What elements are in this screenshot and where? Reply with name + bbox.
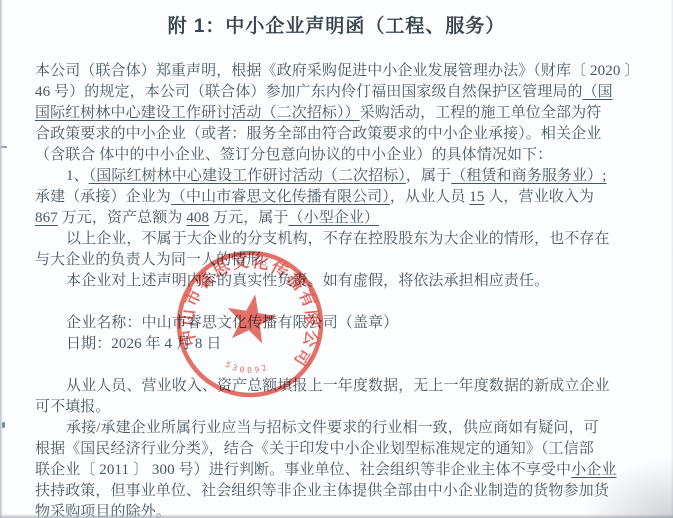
doc-text: 承建（承接）企业为 (35, 189, 171, 205)
doc-text-underlined: 408 (186, 210, 209, 226)
doc-text-underlined: （小型企业） (289, 210, 380, 226)
doc-line: 1、（国际红树林中心建设工作研讨活动（二次招标），属于（租赁和商务服务业）; (35, 166, 641, 187)
doc-text-underlined: （租赁和商务服务业）; (451, 168, 606, 184)
page-title: 附 1：中小企业声明函（工程、服务） (0, 11, 673, 38)
doc-text: 万元，资产总额为 (58, 210, 187, 226)
scanned-declaration-page: 附 1：中小企业声明函（工程、服务） 本公司（联合体）郑重声明，根据《政府采购促… (0, 0, 673, 518)
doc-line: 根据《国民经济行业分类》，结合《关于印发中小企业划型标准规定的通知》（工信部 (35, 439, 641, 460)
doc-line: 867 万元，资产总额为 408 万元，属于（小型企业） (35, 208, 641, 229)
scan-artifact (1, 146, 7, 148)
doc-text: 本公司（联合体）郑重声明，根据《政府采购促进中小企业发展管理办法》（财库〔 20… (35, 63, 639, 79)
doc-text: 1、 (66, 168, 89, 184)
doc-text-underlined: 小企业 (571, 462, 616, 478)
doc-text: 联企业〔 2011 〕 300 号）进行判断。事业单位、社会组织等非企业主体不享… (35, 462, 571, 478)
scan-artifact (2, 422, 5, 428)
doc-line: 物采购项目的除外。 (35, 502, 641, 518)
doc-text: 可不填报。 (35, 399, 111, 415)
doc-text: 承接/承建企业所属行业应当与招标文件要求的行业相一致，供应商如有疑问，可 (66, 420, 599, 436)
doc-text: 与大企业的负责人为同一人的情形。 (35, 252, 277, 268)
doc-text: 采购活动，工程的施工单位全部为符 (360, 105, 602, 121)
doc-text-underlined: 国际红树林中心建设工作研讨活动（二次招标）） (35, 105, 360, 121)
doc-line: 可不填报。 (35, 397, 641, 418)
doc-text: 本企业对上述声明内容的真实性负责。如有虚假，将依法承担相应责任。 (66, 273, 549, 289)
doc-text: 根据《国民经济行业分类》，结合《关于印发中小企业划型标准规定的通知》（工信部 (35, 441, 594, 457)
doc-text: （含联合 体中的中小企业、签订分包意向协议的中小企业）的具体情况如下： (35, 147, 552, 163)
doc-line: 日期：2026 年 4 月 8 日 (35, 334, 641, 355)
doc-text: 46 号）的规定，本公司（联合体）参加广东内伶仃福田国家级自然保护区管理局的 (35, 84, 583, 100)
doc-blank-line (35, 292, 641, 313)
doc-line: 合政策要求的中小企业（或者：服务全部由符合政策要求的中小企业承接）。相关企业 (35, 124, 641, 145)
doc-text-underlined: 867 (35, 210, 58, 226)
doc-text: ，从业人员 (390, 189, 469, 205)
document-body: 本公司（联合体）郑重声明，根据《政府采购促进中小企业发展管理办法》（财库〔 20… (35, 61, 641, 518)
doc-line: 从业人员、营业收入、资产总额填报上一年度数据，无上一年度数据的新成立企业 (35, 376, 641, 397)
doc-text: 人，营业收入为 (484, 189, 594, 205)
doc-line: 企业名称：中山市睿思文化传播有限公司（盖章） (35, 313, 641, 334)
doc-line: 承接/承建企业所属行业应当与招标文件要求的行业相一致，供应商如有疑问，可 (35, 418, 641, 439)
doc-text-underlined: （国 (583, 84, 613, 100)
doc-text: 以上企业，不属于大企业的分支机构，不存在控股股东为大企业的情形，也不存在 (66, 231, 610, 247)
doc-line: 本企业对上述声明内容的真实性负责。如有虚假，将依法承担相应责任。 (35, 271, 641, 292)
doc-text-underlined: （国际红树林中心建设工作研讨活动（二次招标） (89, 168, 406, 184)
doc-line: 与大企业的负责人为同一人的情形。 (35, 250, 641, 271)
doc-line: 46 号）的规定，本公司（联合体）参加广东内伶仃福田国家级自然保护区管理局的（国 (35, 82, 641, 103)
doc-line: 国际红树林中心建设工作研讨活动（二次招标））采购活动，工程的施工单位全部为符 (35, 103, 641, 124)
doc-text: 合政策要求的中小企业（或者：服务全部由符合政策要求的中小企业承接）。相关企业 (35, 126, 601, 142)
doc-line: 承建（承接）企业为（中山市睿思文化传播有限公司），从业人员 15 人，营业收入为 (35, 187, 641, 208)
doc-line: 联企业〔 2011 〕 300 号）进行判断。事业单位、社会组织等非企业主体不享… (35, 460, 641, 481)
doc-text: 企业名称：中山市睿思文化传播有限公司（盖章） (66, 315, 398, 331)
doc-line: （含联合 体中的中小企业、签订分包意向协议的中小企业）的具体情况如下： (35, 145, 641, 166)
doc-text: 扶持政策，但事业单位、社会组织等非企业主体提供全部由中小企业制造的货物参加货 (35, 483, 609, 499)
scan-edge-left (0, 0, 3, 518)
doc-text: ，属于 (406, 168, 451, 184)
doc-text-underlined: （中山市睿思文化传播有限公司） (171, 189, 390, 205)
doc-blank-line (35, 355, 641, 376)
doc-text: 从业人员、营业收入、资产总额填报上一年度数据，无上一年度数据的新成立企业 (66, 378, 610, 394)
doc-line: 以上企业，不属于大企业的分支机构，不存在控股股东为大企业的情形，也不存在 (35, 229, 641, 250)
doc-text-underlined: 15 (469, 189, 484, 205)
doc-line: 本公司（联合体）郑重声明，根据《政府采购促进中小企业发展管理办法》（财库〔 20… (35, 61, 641, 82)
doc-text: 万元，属于 (209, 210, 288, 226)
doc-line: 扶持政策，但事业单位、社会组织等非企业主体提供全部由中小企业制造的货物参加货 (35, 481, 641, 502)
doc-text: 日期：2026 年 4 月 8 日 (66, 336, 221, 352)
doc-text: 物采购项目的除外。 (35, 504, 171, 518)
